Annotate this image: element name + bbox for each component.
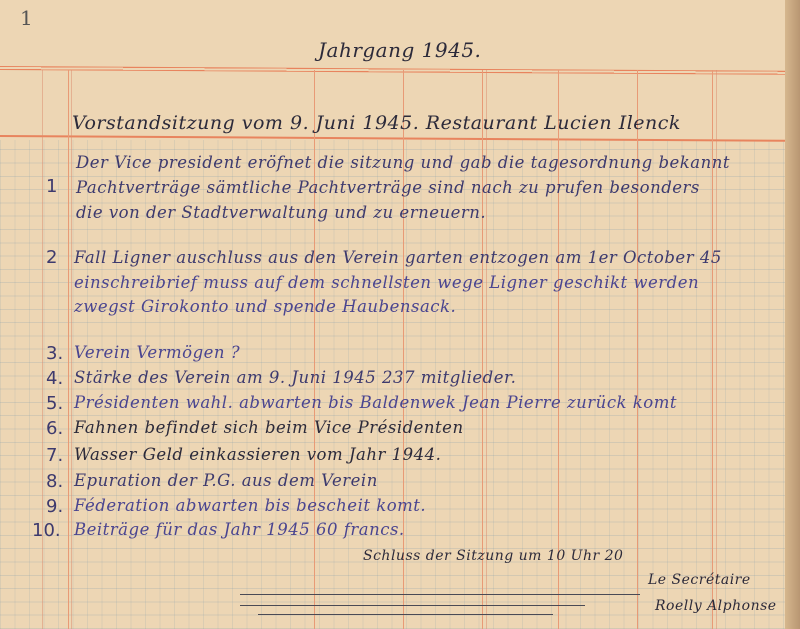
margin-rule-2 <box>71 70 72 629</box>
page-edge <box>785 0 800 629</box>
page-number: 1 <box>20 6 33 30</box>
page-title: Jahrgang 1945. <box>318 38 481 62</box>
meeting-heading: Vorstandsitzung vom 9. Juni 1945. Restau… <box>72 112 681 134</box>
item-line: Pachtverträge sämtliche Pachtverträge si… <box>76 178 700 197</box>
item-number: 10. <box>32 520 61 541</box>
item-line: Féderation abwarten bis bescheit komt. <box>74 496 426 515</box>
item-line: Wasser Geld einkassieren vom Jahr 1944. <box>74 445 441 464</box>
closing-text: Schluss der Sitzung um 10 Uhr 20 <box>363 548 623 564</box>
signature-name: Roelly Alphonse <box>655 598 777 614</box>
item-line: Der Vice president eröfnet die sitzung u… <box>76 153 730 172</box>
item-number: 1 <box>46 176 57 197</box>
item-line: Stärke des Verein am 9. Juni 1945 237 mi… <box>74 368 516 387</box>
item-line: Epuration der P.G. aus dem Verein <box>74 471 378 490</box>
item-number: 6. <box>46 418 63 439</box>
item-line: zwegst Girokonto und spende Haubensack. <box>74 297 456 316</box>
item-number: 3. <box>46 343 63 364</box>
top-red-rule <box>0 66 785 75</box>
item-number: 8. <box>46 471 63 492</box>
margin-rule <box>68 70 69 629</box>
item-number: 9. <box>46 496 63 517</box>
item-line: Fall Ligner auschluss aus den Verein gar… <box>74 248 722 267</box>
item-number: 7. <box>46 445 63 466</box>
item-number: 2 <box>46 247 57 268</box>
item-line: Verein Vermögen ? <box>74 343 240 362</box>
item-line: Beiträge für das Jahr 1945 60 francs. <box>74 520 405 539</box>
item-line: die von der Stadtverwaltung und zu erneu… <box>76 203 486 222</box>
item-line: Fahnen befindet sich beim Vice Président… <box>74 418 464 437</box>
item-number: 4. <box>46 368 63 389</box>
closing-rule <box>240 605 585 606</box>
item-number: 5. <box>46 393 63 414</box>
item-line: Présidenten wahl. abwarten bis Baldenwek… <box>74 393 677 412</box>
column-rule <box>42 70 43 629</box>
ledger-page: 1 Jahrgang 1945. Vorstandsitzung vom 9. … <box>0 0 785 629</box>
signature-title: Le Secrétaire <box>648 572 751 588</box>
closing-rule <box>258 614 553 615</box>
closing-rule <box>240 594 640 595</box>
item-line: einschreibrief muss auf dem schnellsten … <box>74 273 699 292</box>
